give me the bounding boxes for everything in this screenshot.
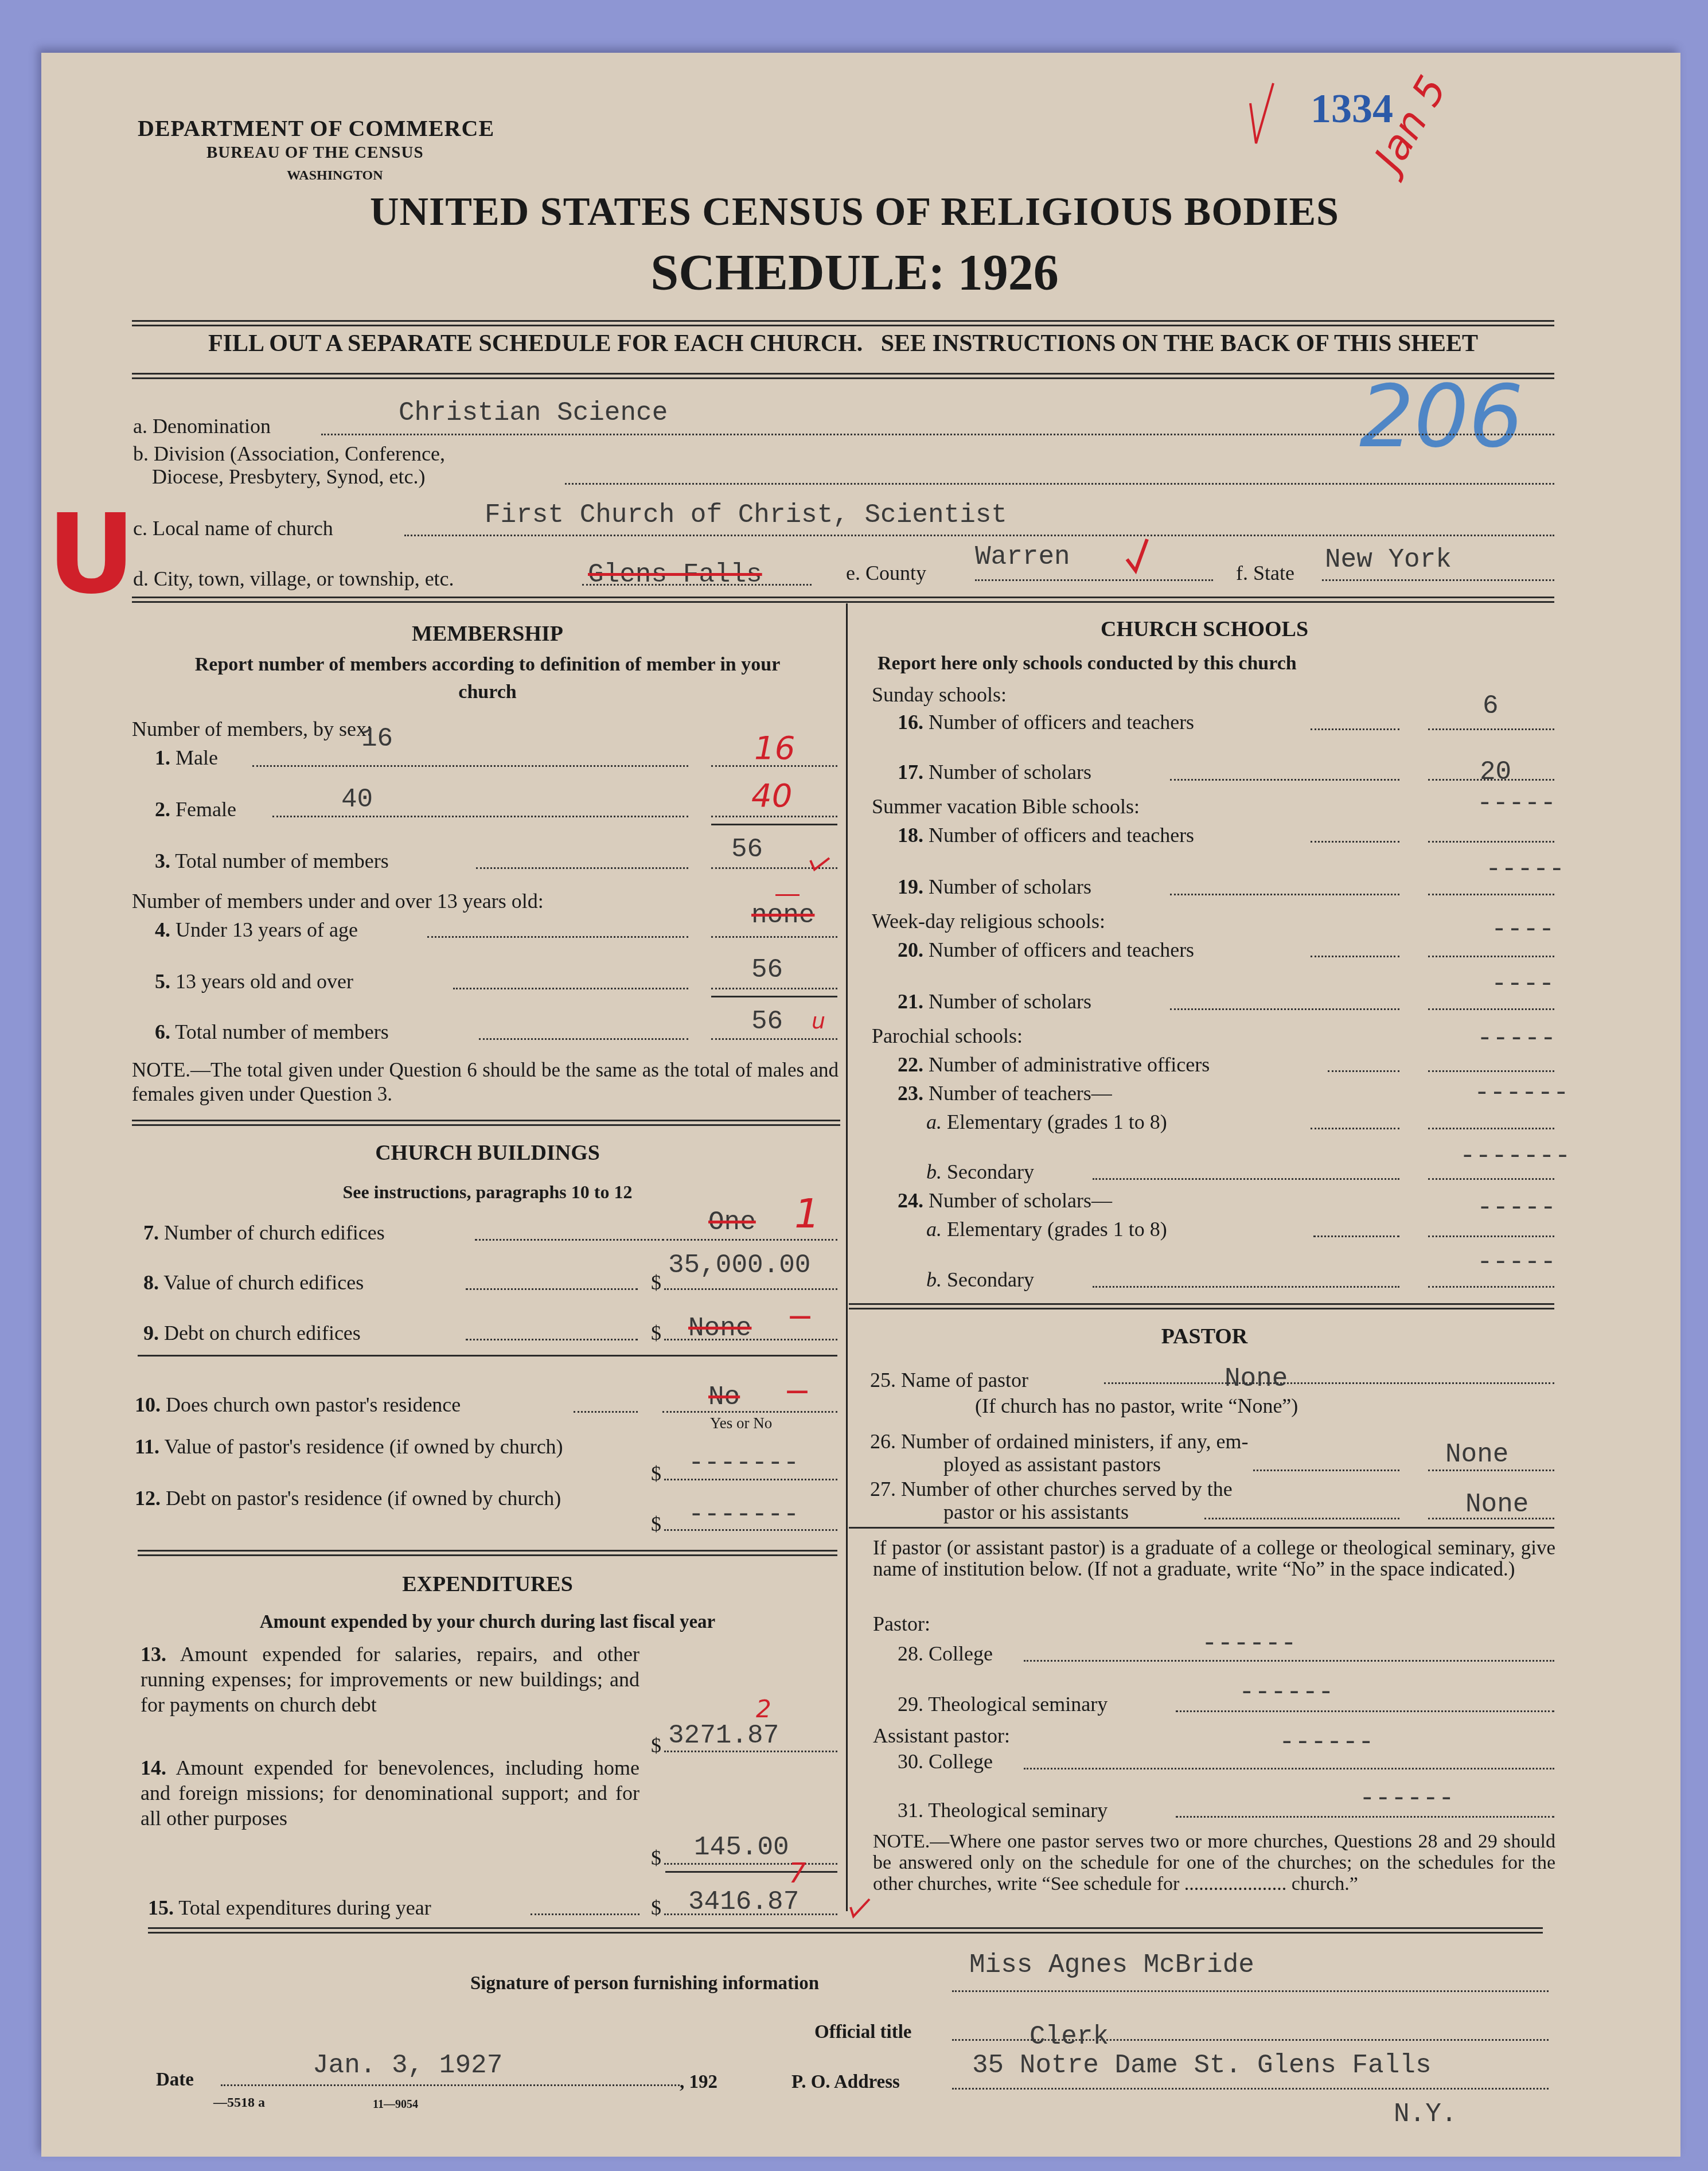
membership-subtitle: Report number of members according to de…	[172, 651, 803, 706]
q30-college-field[interactable]: ------	[1279, 1728, 1374, 1757]
q2-female-field[interactable]: 40	[341, 785, 373, 814]
stamp-number: 1334	[1311, 85, 1393, 132]
date-year-prefix: , 192	[680, 2072, 717, 2093]
city-label: d. City, town, village, or township, etc…	[133, 567, 454, 591]
q5-label: 5. 13 years old and over	[155, 969, 353, 993]
q5-over13-field[interactable]: 56	[751, 955, 783, 985]
q9-correction: —	[789, 1302, 812, 1329]
red-check-icon	[1245, 80, 1279, 149]
q25-hint: (If church has no pastor, write “None”)	[975, 1394, 1298, 1418]
po-address-field[interactable]: 35 Notre Dame St. Glens Falls	[972, 2051, 1432, 2080]
q23-label: 23. Number of teachers—	[898, 1081, 1112, 1105]
q2-label: 2. Female	[155, 797, 236, 821]
q4-label: 4. Under 13 years of age	[155, 918, 358, 942]
q29-label: 29. Theological seminary	[898, 1692, 1108, 1716]
city-field[interactable]: Glens Falls	[588, 560, 762, 590]
red-check-icon	[809, 855, 832, 872]
q15-label: 15. Total expenditures during year	[148, 1896, 431, 1920]
age-group-label: Number of members under and over 13 year…	[132, 889, 544, 913]
department-name: DEPARTMENT OF COMMERCE	[138, 115, 494, 142]
q26-label: 26. Number of ordained ministers, if any…	[870, 1429, 1249, 1453]
summer-schools-label: Summer vacation Bible schools:	[872, 794, 1140, 818]
q12-label: 12. Debt on pastor's residence (if owned…	[135, 1486, 639, 1511]
assistant-pastor-subheading: Assistant pastor:	[873, 1724, 1010, 1748]
q23a-label: a. Elementary (grades 1 to 8)	[926, 1110, 1167, 1134]
q16-field[interactable]: 6	[1483, 691, 1499, 721]
graduate-note: If pastor (or assistant pastor) is a gra…	[873, 1537, 1555, 1580]
signature-field[interactable]: Miss Agnes McBride	[969, 1950, 1254, 1980]
q6-correction: u	[812, 1008, 825, 1034]
expenditures-subtitle: Amount expended by your church during la…	[132, 1612, 843, 1633]
q30-label: 30. College	[898, 1749, 993, 1774]
q31-seminary-field[interactable]: ------	[1359, 1784, 1454, 1814]
q18-field[interactable]: -----	[1477, 789, 1556, 818]
pastor-note: NOTE.—Where one pastor serves two or mor…	[873, 1831, 1555, 1895]
q1-male-field[interactable]: 16	[361, 724, 393, 754]
buildings-subtitle: See instructions, paragraphs 10 to 12	[132, 1182, 843, 1203]
q22-label: 22. Number of administrative officers	[898, 1053, 1210, 1077]
q13-label: 13. Amount expended for salaries, repair…	[141, 1642, 639, 1717]
membership-heading: MEMBERSHIP	[132, 621, 843, 646]
q26-label-2: ployed as assistant pastors	[943, 1452, 1161, 1476]
q7-label: 7. Number of church edifices	[143, 1221, 385, 1245]
q22-field[interactable]: -----	[1477, 1024, 1556, 1054]
q10-label: 10. Does church own pastor's residence	[135, 1393, 461, 1417]
q6-total-field[interactable]: 56	[751, 1007, 783, 1036]
q1-label: 1. Male	[155, 746, 218, 770]
q27-label: 27. Number of other churches served by t…	[870, 1477, 1233, 1501]
signature-label: Signature of person furnishing informati…	[470, 1973, 819, 1994]
q16-label: 16. Number of officers and teachers	[898, 710, 1194, 734]
q1-correction: 16	[754, 730, 795, 767]
q11-label: 11. Value of pastor's residence (if owne…	[135, 1434, 639, 1459]
q13-running-expenses-field[interactable]: 3271.87	[668, 1721, 779, 1751]
official-title-field[interactable]: Clerk	[1030, 2022, 1109, 2052]
q9-debt-field[interactable]: None	[688, 1313, 751, 1343]
q28-college-field[interactable]: ------	[1202, 1629, 1297, 1659]
county-label: e. County	[846, 561, 926, 585]
q21-field[interactable]: ----	[1491, 969, 1554, 999]
city-value: Glens Falls	[588, 560, 762, 590]
q11-value-field[interactable]: -------	[688, 1448, 799, 1478]
weekday-schools-label: Week-day religious schools:	[872, 909, 1105, 933]
q12-debt-field[interactable]: -------	[688, 1500, 799, 1530]
q8-value-field[interactable]: 35,000.00	[668, 1250, 810, 1280]
form-number: —5518 a	[213, 2095, 265, 2111]
parochial-schools-label: Parochial schools:	[872, 1024, 1023, 1048]
q23b-field[interactable]: -------	[1460, 1141, 1570, 1171]
schools-heading: CHURCH SCHOOLS	[849, 617, 1560, 642]
date-field[interactable]: Jan. 3, 1927	[313, 2051, 502, 2080]
schedule-year: SCHEDULE: 1926	[138, 244, 1571, 302]
q25-pastor-name-field[interactable]: None	[1225, 1364, 1288, 1394]
q24b-field[interactable]: -----	[1477, 1248, 1556, 1277]
q3-total-field[interactable]: 56	[731, 835, 763, 864]
q17-label: 17. Number of scholars	[898, 760, 1091, 784]
membership-note: NOTE.—The total given under Question 6 s…	[132, 1058, 839, 1106]
q28-label: 28. College	[898, 1642, 993, 1666]
bureau-city: WASHINGTON	[287, 168, 383, 184]
q10-hint: Yes or No	[710, 1414, 772, 1432]
denomination-label: a. Denomination	[133, 414, 271, 438]
q14-label: 14. Amount expended for benevolences, in…	[141, 1755, 639, 1831]
q15-correction: 7	[789, 1857, 806, 1889]
red-check-icon	[1124, 536, 1153, 576]
q15-total-field[interactable]: 3416.87	[688, 1887, 799, 1917]
q10-residence-field[interactable]: No	[708, 1382, 740, 1412]
q17-field[interactable]: 20	[1480, 757, 1511, 787]
q19-field[interactable]: -----	[1485, 855, 1565, 884]
local-name-field[interactable]: First Church of Christ, Scientist	[485, 500, 1007, 530]
q21-label: 21. Number of scholars	[898, 989, 1091, 1014]
po-address-label: P. O. Address	[791, 2072, 900, 2093]
q6-label: 6. Total number of members	[155, 1020, 389, 1044]
county-field[interactable]: Warren	[975, 542, 1070, 572]
expenditures-heading: EXPENDITURES	[132, 1572, 843, 1597]
q23a-field[interactable]: ------	[1474, 1078, 1569, 1108]
instruction-banner: FILL OUT A SEPARATE SCHEDULE FOR EACH CH…	[132, 330, 1554, 357]
file-number-annotation: 206	[1359, 367, 1523, 467]
date-label: Date	[156, 2069, 194, 2091]
q24a-field[interactable]: -----	[1477, 1193, 1556, 1223]
buildings-heading: CHURCH BUILDINGS	[132, 1140, 843, 1166]
column-divider	[846, 603, 848, 1911]
q14-benevolences-field[interactable]: 145.00	[694, 1833, 789, 1862]
q25-label: 25. Name of pastor	[870, 1368, 1028, 1392]
pastor-heading: PASTOR	[849, 1324, 1560, 1349]
red-check-icon	[849, 1896, 872, 1919]
q23b-label: b. Secondary	[926, 1160, 1034, 1184]
q18-label: 18. Number of officers and teachers	[898, 823, 1194, 847]
bureau-name: BUREAU OF THE CENSUS	[206, 143, 424, 162]
q24b-label: b. Secondary	[926, 1268, 1034, 1292]
state-field[interactable]: New York	[1325, 545, 1452, 575]
q8-label: 8. Value of church edifices	[143, 1270, 364, 1295]
q24a-label: a. Elementary (grades 1 to 8)	[926, 1217, 1167, 1241]
q29-seminary-field[interactable]: ------	[1239, 1678, 1334, 1708]
q7-edifices-field[interactable]: One	[708, 1207, 756, 1237]
q13-correction: 2	[756, 1695, 771, 1723]
q20-label: 20. Number of officers and teachers	[898, 938, 1194, 962]
po-address-field-2[interactable]: N.Y.	[1394, 2099, 1457, 2129]
q27-label-2: pastor or his assistants	[943, 1500, 1129, 1524]
q20-field[interactable]: ----	[1491, 915, 1554, 945]
q3-label: 3. Total number of members	[155, 849, 389, 873]
official-title-label: Official title	[814, 2022, 912, 2043]
q7-correction: 1	[794, 1190, 820, 1237]
form-title: UNITED STATES CENSUS OF RELIGIOUS BODIES	[138, 189, 1571, 235]
pastor-subheading: Pastor:	[873, 1612, 930, 1636]
q24-label: 24. Number of scholars—	[898, 1188, 1112, 1213]
q26-assistant-ministers-field[interactable]: None	[1445, 1440, 1508, 1470]
q19-label: 19. Number of scholars	[898, 875, 1091, 899]
denomination-field[interactable]: Christian Science	[399, 398, 668, 428]
local-name-label: c. Local name of church	[133, 516, 333, 540]
q27-other-churches-field[interactable]: None	[1465, 1490, 1528, 1519]
q4-correction: —	[774, 878, 801, 909]
q31-label: 31. Theological seminary	[898, 1798, 1108, 1822]
state-label: f. State	[1236, 561, 1294, 585]
members-by-sex-label: Number of members, by sex:	[132, 717, 372, 741]
red-margin-mark: U	[47, 500, 135, 609]
division-label-2: Diocese, Presbytery, Synod, etc.)	[152, 465, 426, 489]
q10-correction: —	[786, 1377, 809, 1404]
q2-correction: 40	[751, 777, 792, 814]
print-code: 11—9054	[373, 2098, 418, 2111]
division-label: b. Division (Association, Conference,	[133, 442, 445, 466]
q9-label: 9. Debt on church edifices	[143, 1321, 361, 1345]
sunday-schools-label: Sunday schools:	[872, 683, 1007, 707]
schools-subtitle: Report here only schools conducted by th…	[878, 653, 1297, 675]
